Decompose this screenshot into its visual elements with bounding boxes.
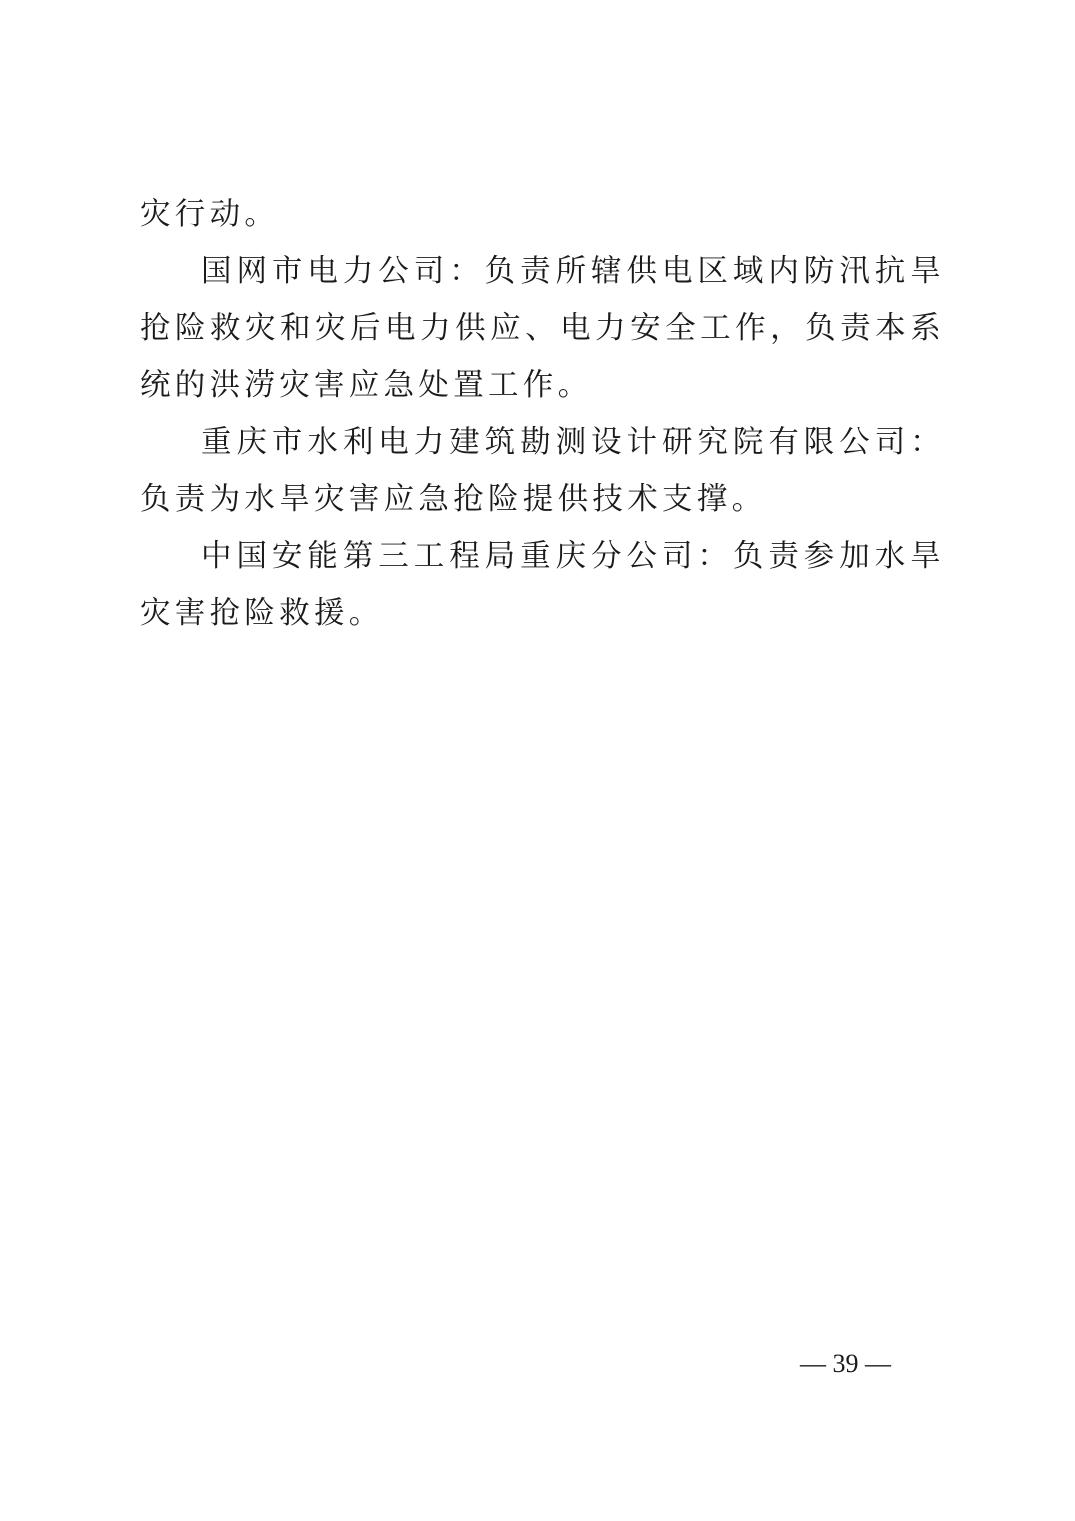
paragraph-state-grid-power: 国网市电力公司：负责所辖供电区域内防汛抗旱抢险救灾和灾后电力供应、电力安全工作，… — [140, 243, 945, 414]
document-page: 灾行动。 国网市电力公司：负责所辖供电区域内防汛抗旱抢险救灾和灾后电力供应、电力… — [0, 0, 1075, 1521]
paragraph-water-power-design-institute: 重庆市水利电力建筑勘测设计研究院有限公司：负责为水旱灾害应急抢险提供技术支撑。 — [140, 414, 945, 528]
paragraph-china-anneng-bureau: 中国安能第三工程局重庆分公司：负责参加水旱灾害抢险救援。 — [140, 528, 945, 642]
page-number: — 39 — — [800, 1349, 891, 1379]
body-text: 灾行动。 国网市电力公司：负责所辖供电区域内防汛抗旱抢险救灾和灾后电力供应、电力… — [140, 186, 945, 642]
paragraph-continuation: 灾行动。 — [140, 186, 945, 243]
